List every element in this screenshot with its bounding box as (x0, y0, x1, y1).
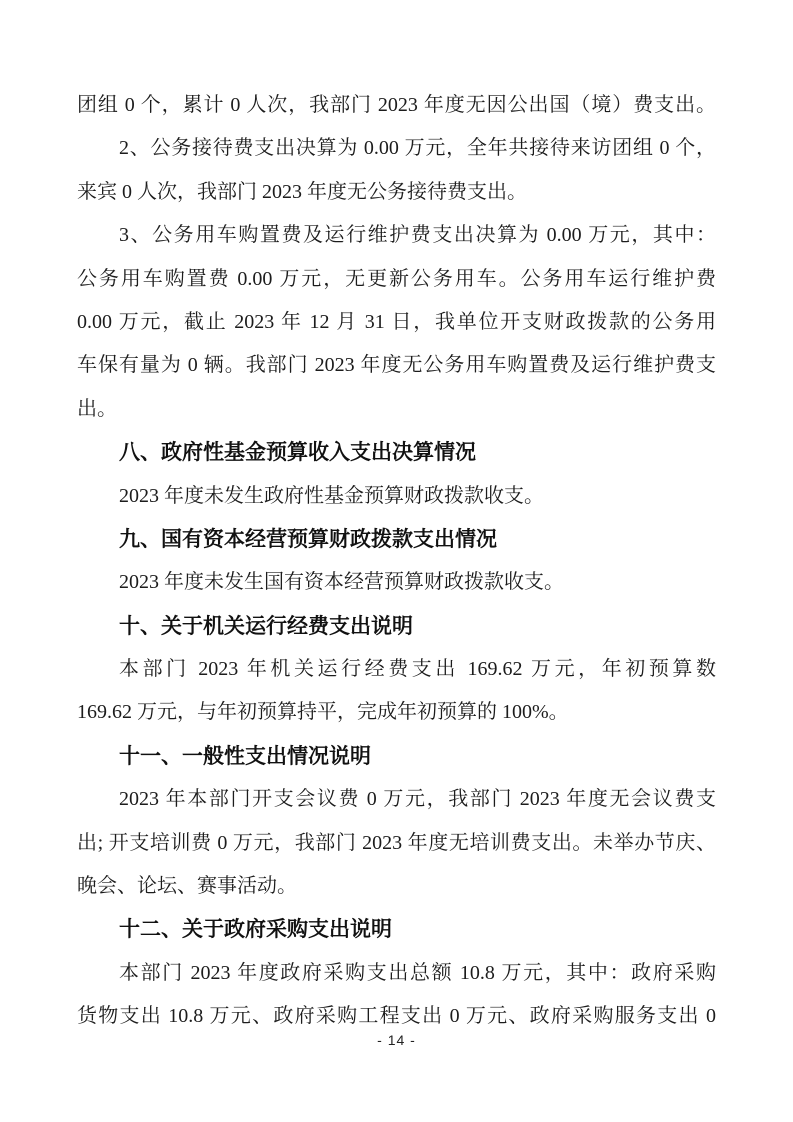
paragraph-line: 169.62 万元，与年初预算持平，完成年初预算的 100%。 (77, 691, 716, 734)
paragraph-line: 3、公务用车购置费及运行维护费支出决算为 0.00 万元，其中： (77, 214, 716, 257)
document-page: 团组 0 个，累计 0 人次，我部门 2023 年度无因公出国（境）费支出。 2… (0, 0, 793, 1122)
paragraph-line: 本部门 2023 年度政府采购支出总额 10.8 万元，其中：政府采购 (77, 952, 716, 995)
paragraph-line: 0.00 万元，截止 2023 年 12 月 31 日，我单位开支财政拨款的公务… (77, 301, 716, 344)
paragraph-line: 本部门 2023 年机关运行经费支出 169.62 万元，年初预算数 (77, 648, 716, 691)
heading-section-11: 十一、一般性支出情况说明 (77, 735, 716, 778)
document-body: 团组 0 个，累计 0 人次，我部门 2023 年度无因公出国（境）费支出。 2… (77, 84, 716, 1039)
paragraph-line: 车保有量为 0 辆。我部门 2023 年度无公务用车购置费及运行维护费支 (77, 344, 716, 387)
paragraph-line: 2023 年度未发生政府性基金预算财政拨款收支。 (77, 475, 716, 518)
paragraph-line: 2023 年本部门开支会议费 0 万元，我部门 2023 年度无会议费支 (77, 778, 716, 821)
heading-section-9: 九、国有资本经营预算财政拨款支出情况 (77, 518, 716, 561)
heading-section-10: 十、关于机关运行经费支出说明 (77, 605, 716, 648)
paragraph-line: 出; 开支培训费 0 万元，我部门 2023 年度无培训费支出。未举办节庆、 (77, 822, 716, 865)
paragraph-line: 出。 (77, 388, 716, 431)
paragraph-line: 团组 0 个，累计 0 人次，我部门 2023 年度无因公出国（境）费支出。 (77, 84, 716, 127)
heading-section-12: 十二、关于政府采购支出说明 (77, 908, 716, 951)
paragraph-line: 来宾 0 人次，我部门 2023 年度无公务接待费支出。 (77, 171, 716, 214)
page-number: - 14 - (0, 1032, 793, 1048)
paragraph-line: 晚会、论坛、赛事活动。 (77, 865, 716, 908)
paragraph-line: 公务用车购置费 0.00 万元，无更新公务用车。公务用车运行维护费 (77, 258, 716, 301)
paragraph-line: 2、公务接待费支出决算为 0.00 万元，全年共接待来访团组 0 个， (77, 127, 716, 170)
heading-section-8: 八、政府性基金预算收入支出决算情况 (77, 431, 716, 474)
paragraph-line: 2023 年度未发生国有资本经营预算财政拨款收支。 (77, 561, 716, 604)
